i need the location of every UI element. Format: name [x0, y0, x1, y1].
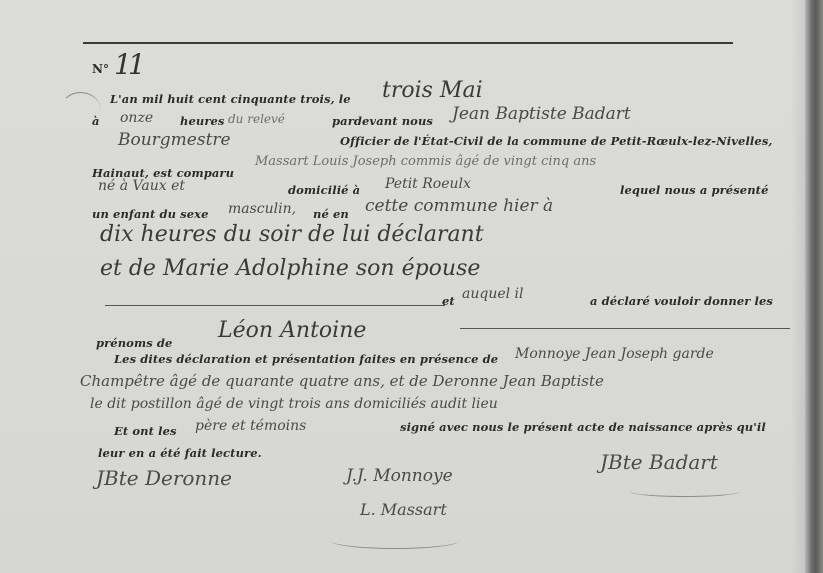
- signature-monnoye: J.J. Monnoye: [346, 466, 453, 486]
- margin-flourish: [60, 92, 101, 129]
- handwritten-signers: père et témoins: [195, 418, 306, 434]
- act-number-value: 11: [114, 48, 142, 81]
- page-edge-shadow: [791, 0, 805, 573]
- handwritten-hour: onze: [120, 110, 153, 126]
- fill-rule-mid: [245, 305, 445, 306]
- handwritten-witness-1: Monnoye Jean Joseph garde: [515, 346, 714, 362]
- printed-enfant-sexe: un enfant du sexe: [92, 207, 209, 221]
- act-number-label: N°: [92, 62, 109, 76]
- printed-ne-en: né en: [313, 207, 349, 221]
- handwritten-child-names: Léon Antoine: [218, 318, 366, 343]
- printed-lecture: leur en a été fait lecture.: [98, 446, 262, 460]
- handwritten-date: trois Mai: [382, 78, 483, 103]
- printed-domicilie: domicilié à: [288, 183, 360, 197]
- handwritten-mother: et de Marie Adolphine son épouse: [100, 256, 480, 281]
- handwritten-auquel: auquel il: [462, 286, 524, 302]
- fill-rule-left: [105, 305, 245, 306]
- handwritten-officer-title: Bourgmestre: [118, 130, 231, 150]
- handwritten-officer-name: Jean Baptiste Badart: [452, 104, 631, 124]
- signature-flourish: [330, 532, 460, 549]
- signature-deronne: JBte Deronne: [96, 466, 232, 490]
- handwritten-birth-time: dix heures du soir de lui déclarant: [100, 222, 484, 247]
- fill-rule-right: [460, 328, 790, 329]
- handwritten-declarant: Massart Louis Joseph commis âgé de vingt…: [255, 154, 596, 169]
- printed-lequel: lequel nous a présenté: [620, 183, 769, 197]
- officer-flourish: [630, 486, 740, 497]
- printed-et: et: [442, 294, 455, 308]
- handwritten-sex: masculin,: [228, 201, 296, 217]
- handwritten-domicile: Petit Roeulx: [385, 176, 471, 192]
- document-page: N° 11 L'an mil huit cent cinquante trois…: [0, 0, 823, 573]
- signature-massart: L. Massart: [360, 500, 447, 519]
- handwritten-time-detail: du relevé: [228, 112, 285, 126]
- handwritten-birthplace: né à Vaux et: [98, 178, 185, 194]
- handwritten-witness-2-details: le dit postillon âgé de vingt trois ans …: [90, 396, 498, 412]
- printed-officer-line: Officier de l'État-Civil de la commune d…: [340, 134, 773, 148]
- printed-heures: heures: [180, 114, 225, 128]
- printed-prenoms-de: prénoms de: [96, 336, 172, 350]
- printed-declaration-presence: Les dites déclaration et présentation fa…: [114, 352, 498, 366]
- printed-line-1: L'an mil huit cent cinquante trois, le: [110, 92, 351, 106]
- binding-edge: [805, 0, 823, 573]
- header-rule: [83, 42, 733, 44]
- printed-pardevant-nous: pardevant nous: [332, 114, 433, 128]
- printed-et-ont-les: Et ont les: [114, 424, 177, 438]
- printed-a-declare: a déclaré vouloir donner les: [590, 294, 773, 308]
- handwritten-witness-details: Champêtre âgé de quarante quatre ans, et…: [80, 372, 604, 390]
- printed-signe-avec-nous: signé avec nous le présent acte de naiss…: [400, 420, 766, 434]
- signature-badart: JBte Badart: [600, 450, 718, 474]
- handwritten-born-in: cette commune hier à: [365, 196, 553, 216]
